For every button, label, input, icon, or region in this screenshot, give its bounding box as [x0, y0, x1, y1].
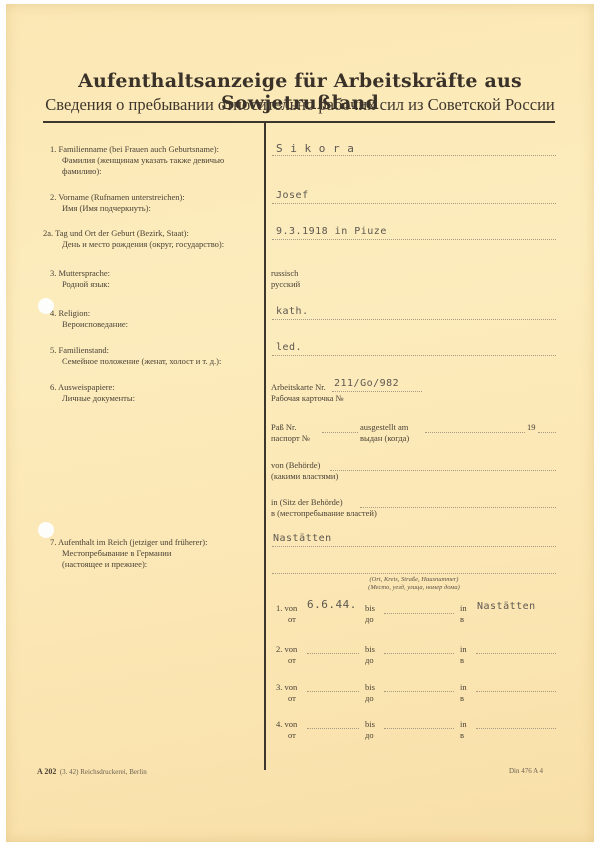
stay-place-line[interactable] [476, 653, 556, 654]
marital-line [272, 355, 556, 356]
field-documents-label: 6. Ausweispapiere: Личные документы: [50, 382, 265, 404]
issued-date-line[interactable] [425, 432, 525, 433]
marital-value[interactable]: led. [276, 342, 302, 353]
stay-place-value[interactable]: Nastätten [477, 601, 536, 612]
punch-hole-lower [38, 522, 54, 538]
work-card-value[interactable]: 211/Go/982 [334, 378, 399, 389]
language-value: russisch русский [271, 268, 300, 290]
din-format: Din 476 A 4 [509, 767, 543, 775]
field-surname-label: 1. Familienname (bei Frauen auch Geburts… [50, 144, 265, 177]
stay-to-line[interactable] [384, 691, 454, 692]
issued-year-line[interactable] [538, 432, 556, 433]
residence-line-2[interactable] [272, 573, 556, 574]
title-russian: Сведения о пребывании относительно рабоч… [0, 95, 600, 115]
passport-label: Paß Nr. паспорт № [271, 422, 310, 444]
authority-label: von (Behörde) (какими властями) [271, 460, 338, 482]
residence-value[interactable]: Nastätten [273, 533, 332, 544]
surname-line [272, 155, 556, 156]
seat-line[interactable] [360, 507, 556, 508]
issued-label: ausgestellt am выдан (когда) [360, 422, 409, 444]
authority-line[interactable] [330, 470, 556, 471]
stay-place-line[interactable] [476, 691, 556, 692]
year-prefix: 19 [527, 422, 536, 433]
birth-line [272, 239, 556, 240]
field-marital-label: 5. Familienstand: Семейное положение (же… [50, 345, 265, 367]
header-rule [43, 121, 555, 123]
work-card-label: Arbeitskarte Nr. Рабочая карточка № [271, 382, 344, 404]
stay-to-line[interactable] [384, 728, 454, 729]
stay-from-line[interactable] [307, 653, 359, 654]
stay-from-line[interactable] [307, 728, 359, 729]
field-firstname-label: 2. Vorname (Rufnamen unterstreichen): Им… [50, 192, 265, 214]
stay-from-line[interactable] [307, 691, 359, 692]
religion-line [272, 319, 556, 320]
stay-place-line[interactable] [476, 728, 556, 729]
field-birth-label: 2a. Tag und Ort der Geburt (Bezirk, Staa… [43, 228, 265, 250]
field-religion-label: 4. Religion: Вероисповедание: [50, 308, 265, 330]
firstname-line [272, 203, 556, 204]
religion-value[interactable]: kath. [276, 306, 309, 317]
field-language-label: 3. Muttersprache: Родной язык: [50, 268, 265, 290]
passport-number-line[interactable] [322, 432, 358, 433]
stay-to-line[interactable] [384, 653, 454, 654]
stay-from-value[interactable]: 6.6.44. [307, 598, 357, 611]
residence-line-1 [272, 546, 556, 547]
form-code: A 202 (3. 42) Reichsdruckerei, Berlin [37, 767, 147, 776]
field-residence-label: 7. Aufenthalt im Reich (jetziger und frü… [50, 537, 265, 570]
column-divider [264, 122, 266, 770]
stay-to-line[interactable] [384, 613, 454, 614]
surname-value[interactable]: S i k o r a [276, 142, 354, 155]
address-hint: (Ort, Kreis, Straße, Hausnummer) (Место,… [272, 576, 556, 592]
firstname-value[interactable]: Josef [276, 190, 309, 201]
seat-label: in (Sitz der Behörde) в (местопребывание… [271, 497, 377, 519]
birth-value[interactable]: 9.3.1918 in Piuze [276, 226, 387, 237]
work-card-line [332, 391, 422, 392]
